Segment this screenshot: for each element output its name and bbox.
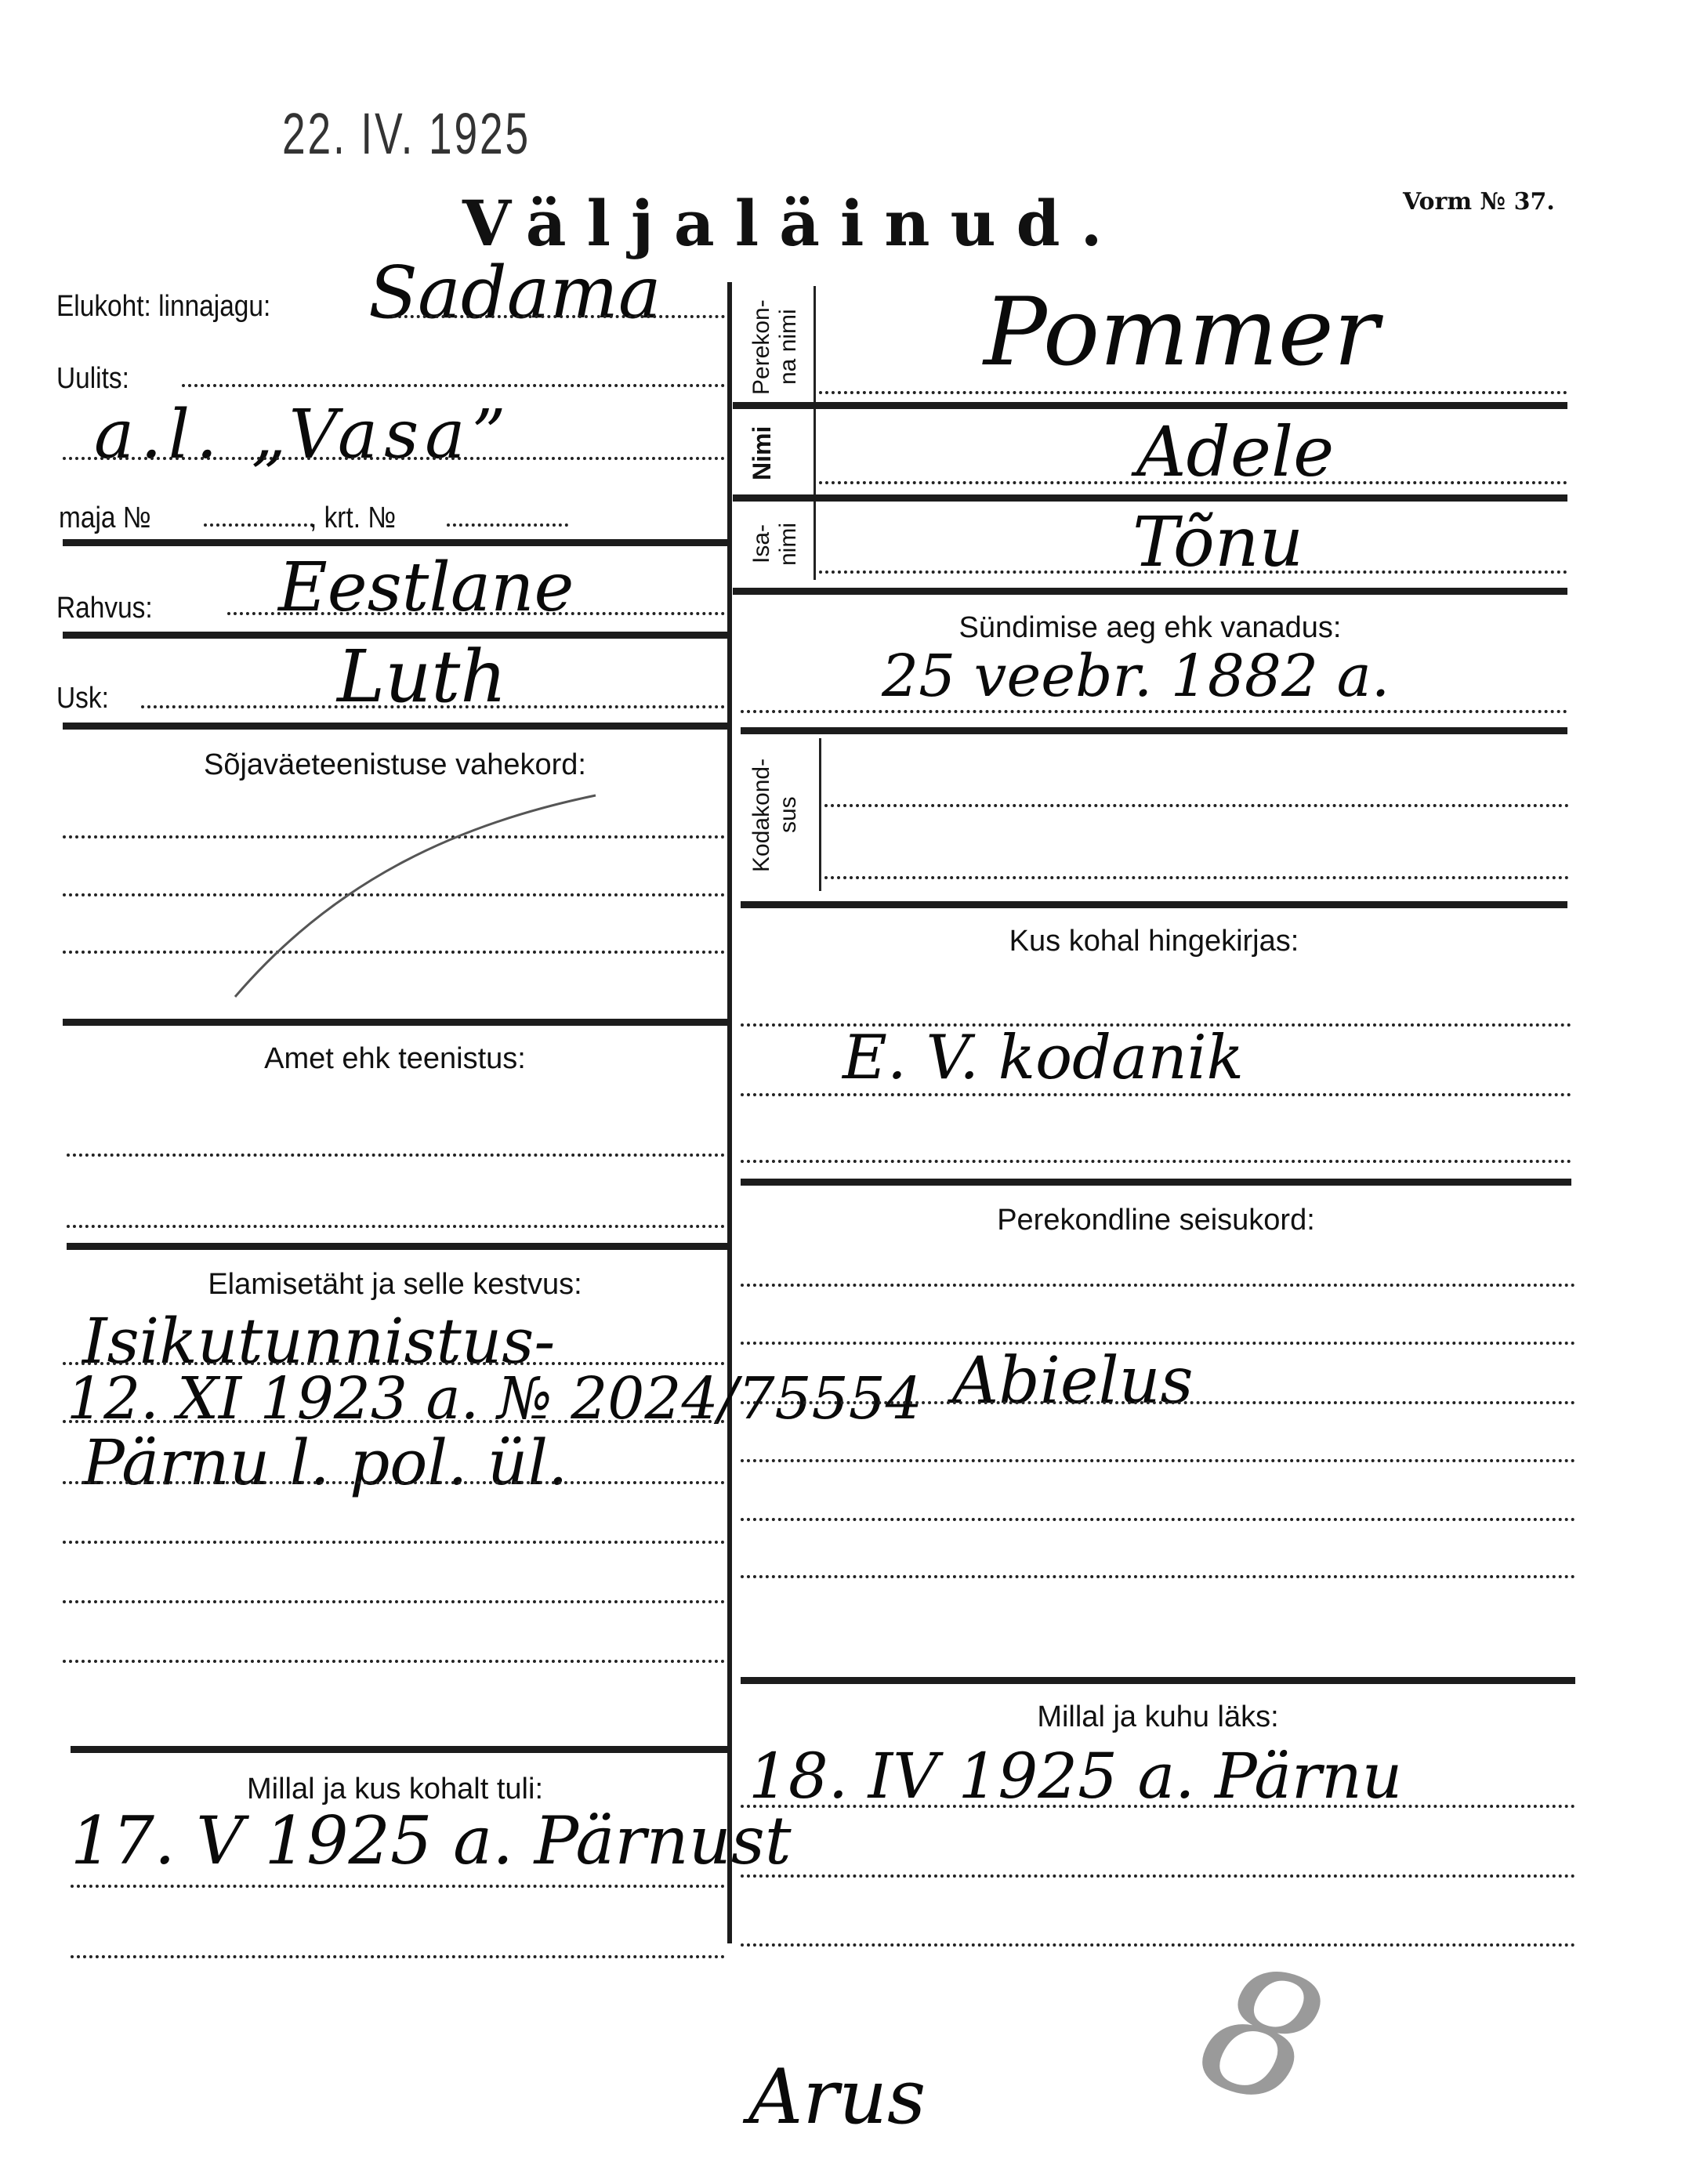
- laks-line-1: [741, 1805, 1575, 1808]
- isanimi-label: Isa- nimi: [748, 508, 810, 580]
- tuli-value[interactable]: 17. V 1925 a. Pärnust: [71, 1802, 792, 1879]
- kodakondsus-line-2[interactable]: [824, 876, 1569, 879]
- hingekiri-line-2: [741, 1093, 1571, 1096]
- perekondline-line-3: [741, 1401, 1575, 1404]
- elamisetaht-line-6[interactable]: [63, 1660, 725, 1663]
- elamisetaht-line-4[interactable]: [63, 1541, 725, 1544]
- section-rule: [733, 588, 1567, 595]
- section-rule: [741, 1179, 1571, 1186]
- perekonnanimi-label: Perekon- na nimi: [748, 288, 810, 406]
- nimi-value[interactable]: Adele: [1136, 411, 1334, 492]
- perekondline-line-6[interactable]: [741, 1575, 1575, 1578]
- elamisetaht-label: Elamisetäht ja selle kestvus:: [63, 1268, 727, 1302]
- laks-line-3[interactable]: [741, 1943, 1575, 1947]
- tuli-line-2[interactable]: [71, 1955, 725, 1958]
- perekonnanimi-line: [819, 391, 1567, 394]
- official-signature: Arus: [748, 2053, 926, 2141]
- form-number: Vorm № 37.: [1403, 188, 1555, 216]
- section-rule: [733, 494, 1567, 502]
- kodakondsus-divider: [819, 738, 821, 891]
- maja-line[interactable]: [204, 523, 313, 527]
- uulits-line-2: [63, 457, 725, 460]
- section-rule: [63, 723, 727, 730]
- kodakondsus-line-1[interactable]: [824, 804, 1569, 807]
- usk-label: Usk:: [56, 682, 109, 715]
- tuli-line-1: [71, 1885, 725, 1888]
- elamisetaht-value-3[interactable]: Pärnu l. pol. ül.: [82, 1426, 567, 1499]
- form-title: Väljaläinud.: [462, 187, 1122, 260]
- section-rule: [741, 1677, 1575, 1684]
- perekondline-line-5[interactable]: [741, 1518, 1575, 1521]
- hingekiri-value[interactable]: E. V. kodanik: [842, 1023, 1244, 1093]
- rahvus-value[interactable]: Eestlane: [278, 549, 574, 627]
- tuli-label: Millal ja kus kohalt tuli:: [63, 1773, 727, 1806]
- elamisetaht-line-5[interactable]: [63, 1600, 725, 1603]
- nimi-line: [819, 481, 1567, 484]
- perekondline-label: Perekondline seisukord:: [741, 1204, 1571, 1237]
- elukoht-value[interactable]: Sadama: [368, 251, 661, 335]
- uulits-label: Uulits:: [56, 362, 129, 396]
- section-rule: [63, 1019, 727, 1026]
- section-rule: [741, 901, 1567, 908]
- laks-value[interactable]: 18. IV 1925 a. Pärnu: [748, 1740, 1402, 1813]
- strike-through-mark: [227, 791, 603, 1003]
- name-block-divider: [814, 286, 816, 580]
- krt-line[interactable]: [447, 523, 568, 527]
- column-divider: [727, 282, 732, 1943]
- uulits-line: [182, 384, 725, 387]
- perekondline-line-4[interactable]: [741, 1459, 1575, 1462]
- pencil-mark: 8: [1179, 1924, 1345, 2149]
- amet-line-2[interactable]: [67, 1225, 725, 1228]
- rahvus-line: [227, 612, 725, 615]
- amet-label: Amet ehk teenistus:: [63, 1042, 727, 1076]
- elamisetaht-line-3: [63, 1481, 725, 1484]
- section-rule: [741, 727, 1567, 734]
- maja-label: maja №: [59, 502, 151, 535]
- krt-label: , krt. №: [310, 502, 396, 535]
- usk-line: [141, 705, 725, 708]
- section-rule: [67, 1243, 727, 1250]
- elukoht-label: Elukoht: linnajagu:: [56, 290, 270, 324]
- sundimise-label: Sündimise aeg ehk vanadus:: [733, 611, 1567, 645]
- sundimise-line: [741, 710, 1567, 713]
- laks-line-2[interactable]: [741, 1874, 1575, 1878]
- uulits-value[interactable]: a.l. „Vasa”: [94, 396, 513, 474]
- section-rule: [63, 539, 727, 546]
- perekonnanimi-value[interactable]: Pommer: [984, 278, 1379, 387]
- isanimi-line: [819, 570, 1567, 574]
- laks-label: Millal ja kuhu läks:: [741, 1700, 1575, 1734]
- amet-line-1[interactable]: [67, 1154, 725, 1157]
- nimi-label: Nimi: [748, 414, 810, 492]
- rahvus-label: Rahvus:: [56, 592, 153, 625]
- elukoht-line: [392, 315, 725, 318]
- sojavae-label: Sõjaväeteenistuse vahekord:: [63, 748, 727, 782]
- sundimise-value[interactable]: 25 veebr. 1882 a.: [882, 643, 1390, 710]
- hingekiri-line-3[interactable]: [741, 1160, 1571, 1163]
- section-rule: [71, 1746, 727, 1753]
- section-rule: [733, 402, 1567, 409]
- hingekiri-label: Kus kohal hingekirjas:: [741, 925, 1567, 958]
- date-stamp: 22. IV. 1925: [282, 100, 531, 167]
- kodakondsus-label: Kodakond- sus: [748, 741, 813, 889]
- elamisetaht-line-2: [63, 1420, 725, 1423]
- perekondline-line-1[interactable]: [741, 1284, 1575, 1287]
- perekondline-value[interactable]: Abielus: [952, 1344, 1194, 1418]
